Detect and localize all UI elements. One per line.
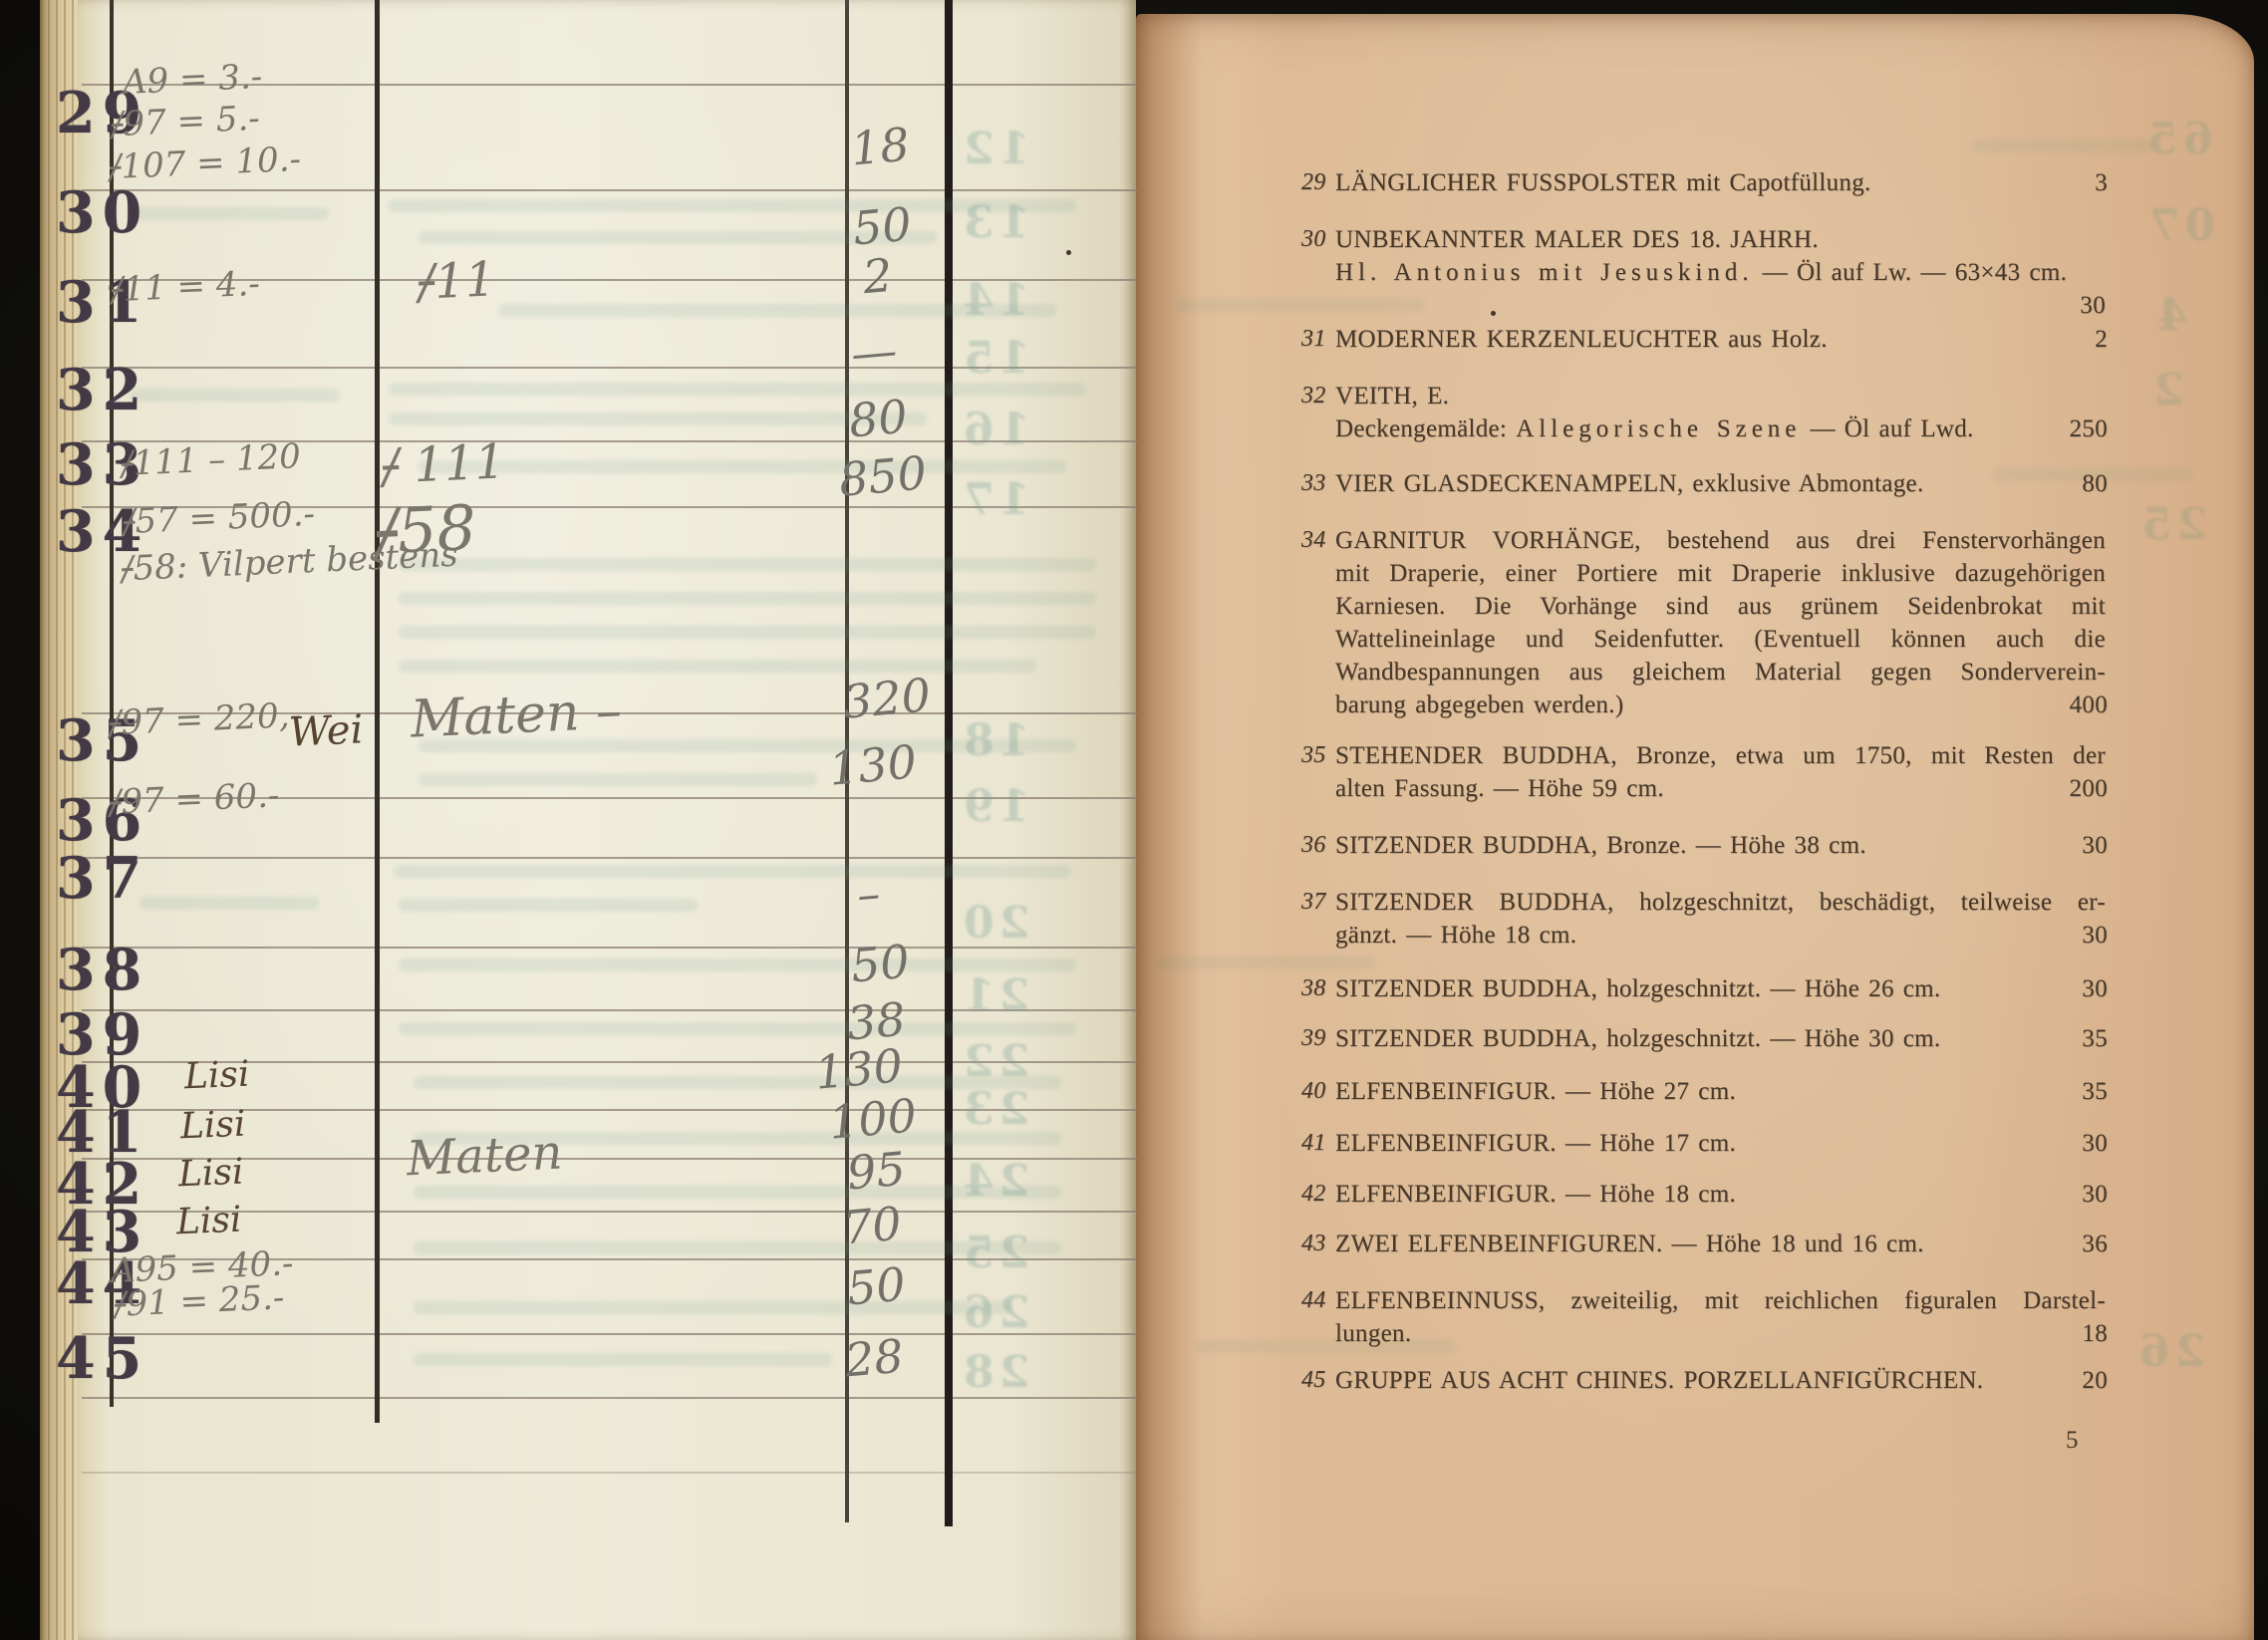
lot-text: SITZENDER BUDDHA, holzgeschnitzt. — Höhe…: [1335, 1025, 1940, 1052]
catalog-entry: 34GARNITUR VORHÄNGE, bestehend aus drei …: [1335, 524, 2106, 721]
bleed-through-number: 23: [959, 1088, 1029, 1132]
ledger-annotation-col2: / 111: [382, 435, 506, 493]
ledger-rule-vertical: [945, 0, 953, 1526]
catalog-entry: 36SITZENDER BUDDHA, Bronze. — Höhe 38 cm…: [1335, 829, 2106, 862]
bleed-through-number: 2: [2148, 369, 2184, 412]
lot-ref-mark: /: [111, 105, 124, 144]
catalog-entry: 41ELFENBEINFIGUR. — Höhe 17 cm.30: [1335, 1127, 2106, 1160]
bleed-through-number: 4: [2152, 294, 2188, 338]
bleed-through-smudge: [389, 412, 927, 425]
lot-text: Wattelineinlage und Seidenfutter. (Event…: [1335, 626, 2106, 653]
ledger-row-number: 30: [56, 184, 148, 241]
bleed-through-smudge: [130, 389, 339, 402]
ledger-price: 50: [851, 201, 913, 252]
lot-price: 30: [1335, 289, 2106, 322]
bleed-through-number: 17: [959, 478, 1029, 522]
lot-text: VIER GLASDECKENAMPELN, exklusive Abmonta…: [1335, 470, 1924, 497]
lot-description: Karniesen. Die Vorhänge sind aus grünem …: [1335, 590, 2106, 623]
lot-number: 45: [1301, 1364, 1326, 1397]
lot-description: SITZENDER BUDDHA, holzgeschnitzt. — Höhe…: [1335, 1022, 2106, 1055]
lot-ref-mark: /: [382, 438, 401, 495]
paper-speck: [1491, 311, 1496, 316]
catalog-entry: 39SITZENDER BUDDHA, holzgeschnitzt. — Hö…: [1335, 1022, 2106, 1055]
lot-description: SITZENDER BUDDHA, holzgeschnitzt, beschä…: [1335, 886, 2106, 919]
catalog-entry: 31MODERNER KERZENLEUCHTER aus Holz.2: [1335, 323, 2106, 356]
lot-price: 20: [2082, 1364, 2108, 1397]
bleed-through-number: 25: [2136, 503, 2207, 547]
lot-description: VEITH, E.: [1335, 380, 2106, 412]
catalog-entry: 30UNBEKANNTER MALER DES 18. JAHRH.Hl. An…: [1335, 223, 2106, 322]
ledger-price: 320: [841, 672, 932, 724]
ledger-rule-horizontal: [82, 189, 1138, 191]
ledger-annotation-ink: Wei: [288, 707, 364, 754]
lot-ref-mark: /: [109, 703, 122, 743]
lot-description: Wattelineinlage und Seidenfutter. (Event…: [1335, 623, 2106, 656]
lot-text: lungen.: [1335, 1320, 1411, 1347]
lot-ref-mark: /: [418, 254, 436, 311]
lot-price: 30: [2082, 972, 2108, 1005]
lot-ref-mark: /: [375, 494, 399, 568]
bleed-through-smudge: [419, 460, 1066, 473]
bleed-through-smudge: [414, 1353, 832, 1366]
lot-text: LÄNGLICHER FUSSPOLSTER mit Capotfüllung.: [1335, 169, 1871, 196]
catalog-entry: 35STEHENDER BUDDHA, Bronze, etwa um 1750…: [1335, 739, 2106, 805]
catalog-entry: 29LÄNGLICHER FUSSPOLSTER mit Capotfüllun…: [1335, 166, 2106, 199]
ledger-annotation: /11 = 4.-: [111, 266, 260, 310]
catalog-entry: 32VEITH, E.Deckengemälde: Allegorische S…: [1335, 380, 2106, 445]
lot-text: barung abgegeben werden.): [1335, 691, 1623, 718]
bleed-through-smudge: [1156, 957, 1375, 969]
ledger-row-number: 37: [56, 850, 148, 907]
ledger-price: 18: [849, 122, 911, 172]
lot-price: 18: [2082, 1317, 2108, 1350]
ledger-price: 95: [845, 1146, 907, 1197]
lot-text: MODERNER KERZENLEUCHTER aus Holz.: [1335, 326, 1828, 353]
paper-speck: [1066, 250, 1071, 255]
lot-text: ZWEI ELFENBEINFIGUREN. — Höhe 18 und 16 …: [1335, 1230, 1924, 1257]
bleed-through-smudge: [389, 199, 1076, 212]
lot-number: 32: [1301, 380, 1326, 412]
lot-description: ELFENBEINFIGUR. — Höhe 18 cm.: [1335, 1178, 2106, 1211]
lot-number: 31: [1301, 323, 1326, 356]
bleed-through-number: 26: [2134, 1330, 2205, 1374]
ledger-annotation-col2: /11: [418, 253, 496, 309]
bleed-through-smudge: [399, 958, 1076, 971]
ledger-annotation: /111 – 120: [121, 438, 301, 483]
lot-text: mit Draperie, einer Portiere mit Draperi…: [1335, 560, 2106, 587]
ledger-price: 850: [837, 449, 928, 502]
lot-description: gänzt. — Höhe 18 cm.: [1335, 919, 2106, 952]
lot-price: 30: [2082, 919, 2108, 952]
catalog-entry: 37SITZENDER BUDDHA, holzgeschnitzt, besc…: [1335, 886, 2106, 952]
bleed-through-smudge: [399, 1022, 1076, 1035]
ledger-annotation-ink: Lisi: [183, 1055, 250, 1097]
ledger-row-number: 32: [56, 362, 148, 418]
book-scan: 29A9 = 3.-/97 = 5.-/107 = 10.-18305031/1…: [0, 0, 2268, 1640]
ledger-price: 70: [841, 1201, 903, 1251]
lot-description: MODERNER KERZENLEUCHTER aus Holz.: [1335, 323, 2106, 356]
lot-text: alten Fassung. — Höhe 59 cm.: [1335, 775, 1664, 802]
ledger-annotation-ink: Lisi: [175, 1201, 242, 1242]
ledger-price: 130: [813, 1042, 904, 1095]
ledger-annotation-col2: Maten: [406, 1127, 564, 1187]
bleed-through-smudge: [414, 1076, 1061, 1089]
bleed-through-smudge: [389, 383, 1086, 396]
ledger-annotation-ink: Lisi: [179, 1105, 246, 1147]
lot-text: GRUPPE AUS ACHT CHINES. PORZELLANFIGÜRCH…: [1335, 1367, 1983, 1394]
lot-description: barung abgegeben werden.): [1335, 688, 2106, 721]
bleed-through-smudge: [399, 660, 1036, 673]
catalog-entry: 43ZWEI ELFENBEINFIGUREN. — Höhe 18 und 1…: [1335, 1228, 2106, 1260]
lot-description: GRUPPE AUS ACHT CHINES. PORZELLANFIGÜRCH…: [1335, 1364, 2106, 1397]
lot-price: 200: [2070, 772, 2108, 805]
lot-price: 35: [2082, 1022, 2108, 1055]
lot-text: GARNITUR VORHÄNGE, bestehend aus drei Fe…: [1335, 527, 2106, 554]
lot-number: 44: [1301, 1284, 1326, 1317]
catalog-entry: 42ELFENBEINFIGUR. — Höhe 18 cm.30: [1335, 1178, 2106, 1211]
bleed-through-smudge: [419, 773, 817, 786]
lot-description: mit Draperie, einer Portiere mit Draperi…: [1335, 557, 2106, 590]
lot-text: STEHENDER BUDDHA, Bronze, etwa um 1750, …: [1335, 742, 2106, 769]
lot-text: ELFENBEINFIGUR. — Höhe 27 cm.: [1335, 1078, 1736, 1105]
bleed-through-smudge: [1973, 139, 2152, 152]
lot-text: SITZENDER BUDDHA, holzgeschnitzt, beschä…: [1335, 889, 2106, 916]
ledger-annotation: /97 = 220,-: [109, 697, 301, 743]
bleed-through-smudge: [414, 1241, 1061, 1254]
ledger-rule-horizontal: [82, 857, 1138, 859]
bleed-through-smudge: [414, 1301, 1011, 1314]
lot-price: 30: [2082, 1127, 2108, 1160]
lot-description: VIER GLASDECKENAMPELN, exklusive Abmonta…: [1335, 467, 2106, 500]
lot-number: 42: [1301, 1178, 1326, 1211]
lot-description: ELFENBEINFIGUR. — Höhe 17 cm.: [1335, 1127, 2106, 1160]
lot-number: 43: [1301, 1228, 1326, 1260]
lot-number: 38: [1301, 972, 1326, 1005]
bleed-through-number: 28: [959, 1351, 1029, 1395]
bleed-through-smudge: [414, 1186, 1061, 1199]
lot-ref-mark: /: [121, 443, 134, 483]
lot-description: lungen.: [1335, 1317, 2106, 1350]
lot-text: UNBEKANNTER MALER DES 18. JAHRH.: [1335, 226, 1819, 253]
ledger-price: 28: [843, 1333, 905, 1384]
lot-description: SITZENDER BUDDHA, holzgeschnitzt. — Höhe…: [1335, 972, 2106, 1005]
ledger-annotation: /97 = 5.-: [111, 101, 260, 144]
catalog-entry: 38SITZENDER BUDDHA, holzgeschnitzt. — Hö…: [1335, 972, 2106, 1005]
lot-text: SITZENDER BUDDHA, Bronze. — Höhe 38 cm.: [1335, 832, 1866, 859]
ledger-price: 100: [827, 1092, 918, 1145]
lot-text: Deckengemälde:: [1335, 415, 1516, 442]
lot-description: Hl. Antonius mit Jesuskind. — Öl auf Lw.…: [1335, 256, 2106, 289]
catalog-entry: 45GRUPPE AUS ACHT CHINES. PORZELLANFIGÜR…: [1335, 1364, 2106, 1397]
lot-price: 2: [2095, 323, 2108, 356]
lot-price: 30: [2082, 829, 2108, 862]
catalog-entry: 33VIER GLASDECKENAMPELN, exklusive Abmon…: [1335, 467, 2106, 500]
ledger-annotation-col2: Maten –: [410, 683, 623, 748]
bleed-through-number: 19: [959, 785, 1029, 829]
lot-description: ZWEI ELFENBEINFIGUREN. — Höhe 18 und 16 …: [1335, 1228, 2106, 1260]
ledger-rule-horizontal: [82, 1472, 1138, 1474]
lot-description: alten Fassung. — Höhe 59 cm.: [1335, 772, 2106, 805]
ledger-rule-vertical: [375, 0, 380, 1423]
catalog-entry: 40ELFENBEINFIGUR. — Höhe 27 cm.35: [1335, 1075, 2106, 1108]
bleed-through-smudge: [399, 558, 1096, 571]
ledger-price: 50: [845, 1261, 907, 1312]
ledger-price: 50: [849, 939, 911, 989]
bleed-through-number: 16: [959, 409, 1029, 452]
lot-text: ELFENBEINFIGUR. — Höhe 18 cm.: [1335, 1181, 1736, 1208]
lot-text: Wandbespannungen aus gleichem Material g…: [1335, 659, 2106, 685]
lot-number: 37: [1301, 886, 1326, 919]
ledger-annotation-ink: Lisi: [177, 1153, 244, 1195]
lot-description: GARNITUR VORHÄNGE, bestehend aus drei Fe…: [1335, 524, 2106, 557]
bleed-through-smudge: [140, 897, 319, 910]
lot-number: 33: [1301, 467, 1326, 500]
lot-title-letterspaced: Hl. Antonius mit Jesuskind.: [1335, 259, 1754, 286]
lot-ref-mark: /: [111, 270, 124, 310]
page-number: 5: [2066, 1427, 2106, 1455]
ledger-price: —: [849, 327, 899, 377]
lot-number: 34: [1301, 524, 1326, 557]
lot-price: 250: [2070, 412, 2108, 445]
ledger-annotation: A9 = 3.-: [122, 59, 263, 102]
ledger-row-number: 45: [56, 1330, 148, 1387]
bleed-through-smudge: [399, 592, 1096, 605]
lot-description: Wandbespannungen aus gleichem Material g…: [1335, 656, 2106, 688]
lot-ref-mark: /: [109, 782, 122, 822]
lot-price: 36: [2082, 1228, 2108, 1260]
ledger-price: 2: [861, 252, 894, 300]
lot-description: LÄNGLICHER FUSSPOLSTER mit Capotfüllung.: [1335, 166, 2106, 199]
lot-number: 35: [1301, 739, 1326, 772]
ledger-price: 80: [847, 394, 909, 444]
lot-text: Karniesen. Die Vorhänge sind aus grünem …: [1335, 593, 2106, 620]
lot-title-letterspaced: Allegorische Szene: [1516, 415, 1801, 442]
lot-text: VEITH, E.: [1335, 383, 1449, 410]
bleed-through-number: 21: [959, 974, 1029, 1018]
lot-description: UNBEKANNTER MALER DES 18. JAHRH.: [1335, 223, 2106, 256]
lot-price: 400: [2070, 688, 2108, 721]
lot-text: gänzt. — Höhe 18 cm.: [1335, 922, 1576, 949]
lot-text: — Öl auf Lwd.: [1801, 415, 1973, 442]
bleed-through-number: 12: [959, 128, 1029, 171]
lot-price: 30: [2082, 1178, 2108, 1211]
lot-description: SITZENDER BUDDHA, Bronze. — Höhe 38 cm.: [1335, 829, 2106, 862]
bleed-through-smudge: [130, 207, 329, 220]
lot-text: ELFENBEINNUSS, zweiteilig, mit reichlich…: [1335, 1287, 2106, 1314]
lot-number: 29: [1301, 166, 1326, 199]
ledger-price: –: [855, 870, 882, 918]
lot-number: 40: [1301, 1075, 1326, 1108]
bleed-through-number: 65: [2142, 118, 2213, 161]
ledger-row-number: 38: [56, 942, 148, 998]
lot-description: ELFENBEINNUSS, zweiteilig, mit reichlich…: [1335, 1284, 2106, 1317]
bleed-through-smudge: [394, 865, 1071, 878]
bleed-through-number: 15: [959, 337, 1029, 381]
lot-price: 35: [2082, 1075, 2108, 1108]
lot-ref-mark: /: [121, 549, 134, 589]
lot-number: 39: [1301, 1022, 1326, 1055]
lot-description: STEHENDER BUDDHA, Bronze, etwa um 1750, …: [1335, 739, 2106, 772]
lot-ref-mark: /: [114, 1284, 127, 1324]
lot-number: 36: [1301, 829, 1326, 862]
ledger-annotation: /97 = 60.-: [109, 777, 280, 822]
lot-price: 80: [2082, 467, 2108, 500]
lot-ref-mark: /: [123, 502, 136, 542]
catalog-entry: 44ELFENBEINNUSS, zweiteilig, mit reichli…: [1335, 1284, 2106, 1350]
lot-price: 3: [2095, 166, 2108, 199]
lot-description: ELFENBEINFIGUR. — Höhe 27 cm.: [1335, 1075, 2106, 1108]
lot-text: SITZENDER BUDDHA, holzgeschnitzt. — Höhe…: [1335, 975, 1940, 1002]
ledger-annotation: /91 = 25.-: [114, 1279, 285, 1324]
bleed-through-number: 07: [2144, 204, 2215, 248]
ledger-annotation: /57 = 500.-: [123, 496, 315, 542]
bleed-through-smudge: [399, 626, 1096, 639]
bleed-through-smudge: [498, 304, 1056, 317]
ledger-annotation-col2: /58: [376, 494, 478, 566]
lot-number: 41: [1301, 1127, 1326, 1160]
bleed-through-number: 20: [959, 902, 1029, 946]
lot-text: — Öl auf Lw. — 63×43 cm.: [1754, 259, 2068, 286]
ledger-price: 130: [827, 738, 918, 791]
lot-number: 30: [1301, 223, 1326, 256]
bleed-through-smudge: [399, 899, 698, 912]
lot-description: Deckengemälde: Allegorische Szene — Öl a…: [1335, 412, 2106, 445]
lot-text: ELFENBEINFIGUR. — Höhe 17 cm.: [1335, 1130, 1736, 1157]
